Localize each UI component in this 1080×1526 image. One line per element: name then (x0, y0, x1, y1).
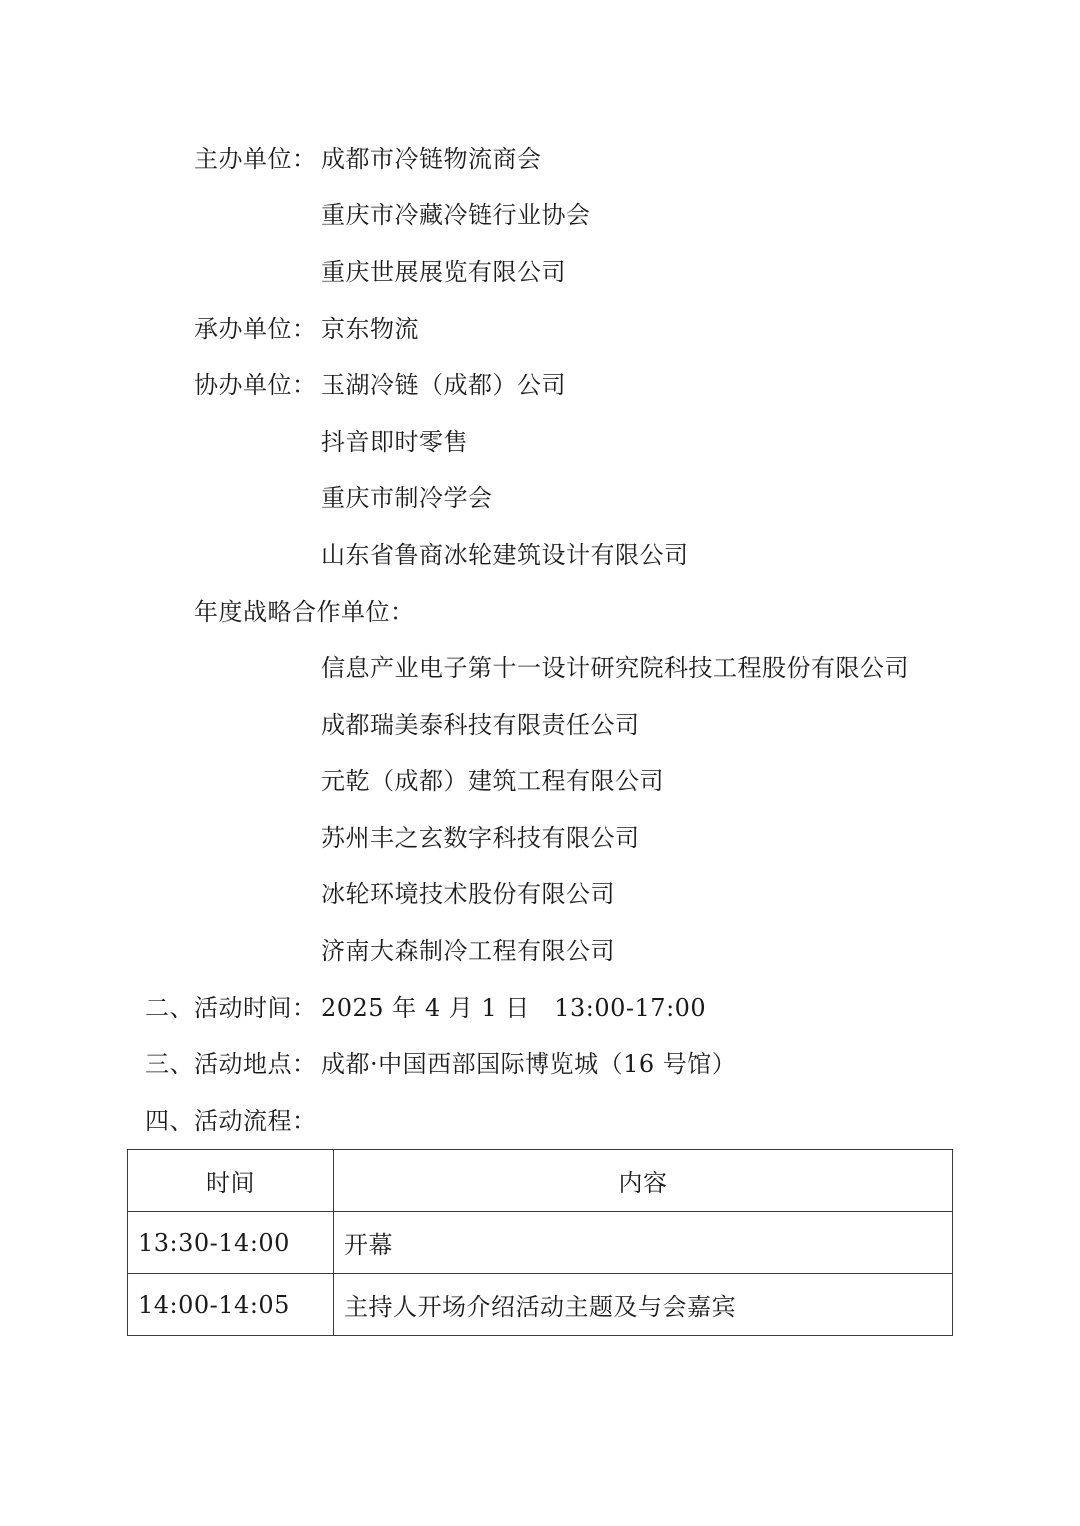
strategic-partner-item: 元乾（成都）建筑工程有限公司 (321, 766, 664, 796)
strategic-partner-item: 冰轮环境技术股份有限公司 (321, 879, 615, 909)
strategic-partner-item: 苏州丰之玄数字科技有限公司 (321, 823, 640, 853)
strategic-partner-item: 济南大森制冷工程有限公司 (321, 936, 615, 966)
row-time: 14:00-14:05 (128, 1274, 334, 1336)
co-organizer-label: 协办单位： (194, 370, 317, 400)
table-row: 14:00-14:05 主持人开场介绍活动主题及与会嘉宾 (128, 1274, 953, 1336)
activity-time-value: 2025 年 4 月 1 日 13:00-17:00 (321, 993, 706, 1023)
column-header-time: 时间 (128, 1150, 334, 1212)
host-item: 成都市冷链物流商会 (321, 144, 542, 174)
activity-process-label: 四、活动流程： (145, 1106, 317, 1136)
activity-time-label: 二、活动时间： (145, 993, 317, 1023)
strategic-partner-item: 信息产业电子第十一设计研究院科技工程股份有限公司 (321, 653, 909, 683)
column-header-content: 内容 (334, 1150, 953, 1212)
host-item: 重庆世展展览有限公司 (321, 257, 566, 287)
host-item: 重庆市冷藏冷链行业协会 (321, 200, 591, 230)
undertaker-label: 承办单位： (194, 314, 317, 344)
strategic-partner-label: 年度战略合作单位： (194, 597, 415, 627)
co-organizer-item: 山东省鲁商冰轮建筑设计有限公司 (321, 540, 689, 570)
schedule-table: 时间 内容 13:30-14:00 开幕 14:00-14:05 主持人开场介绍… (127, 1149, 953, 1336)
host-label: 主办单位： (194, 144, 317, 174)
activity-place-value: 成都·中国西部国际博览城（16 号馆） (321, 1049, 736, 1079)
co-organizer-item: 玉湖冷链（成都）公司 (321, 370, 566, 400)
co-organizer-item: 抖音即时零售 (321, 427, 468, 457)
activity-place-label: 三、活动地点： (145, 1049, 317, 1079)
row-content: 开幕 (334, 1212, 953, 1274)
table-row: 13:30-14:00 开幕 (128, 1212, 953, 1274)
strategic-partner-item: 成都瑞美泰科技有限责任公司 (321, 710, 640, 740)
co-organizer-item: 重庆市制冷学会 (321, 483, 493, 513)
table-header-row: 时间 内容 (128, 1150, 953, 1212)
row-content: 主持人开场介绍活动主题及与会嘉宾 (334, 1274, 953, 1336)
row-time: 13:30-14:00 (128, 1212, 334, 1274)
undertaker-item: 京东物流 (321, 314, 419, 344)
